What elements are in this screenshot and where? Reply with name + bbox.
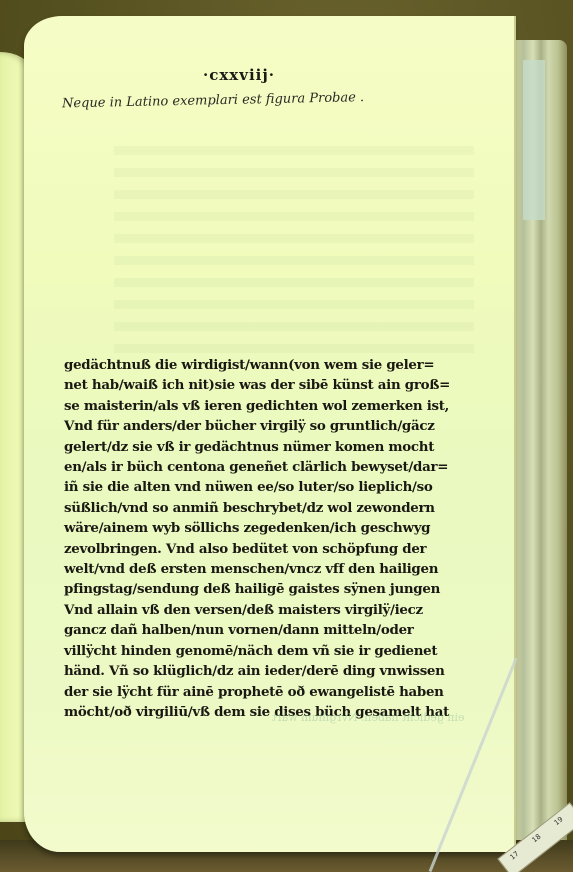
ruler-mark: 18 [531, 833, 543, 845]
ruler-mark: 17 [508, 850, 520, 862]
folio-number: ·cxxviij· [203, 66, 275, 84]
text-line: händ. Vñ so klüglich/dz ain ieder/derē d… [64, 661, 484, 681]
show-through-text-area [114, 146, 474, 356]
text-line: pfingstag/sendung deß hailigē gaistes sÿ… [64, 579, 484, 599]
text-line: net hab/waiß ich nit)sie was der sibē kü… [64, 375, 484, 395]
text-line: se maisterin/als vß ieren gedichten wol … [64, 396, 484, 416]
text-line: villÿcht hinden genomē/näch dem vñ sie i… [64, 641, 484, 661]
text-line: iñ sie die alten vnd nüwen ee/so luter/s… [64, 477, 484, 497]
text-line: wäre/ainem wyb söllichs zegedenken/ich g… [64, 518, 484, 538]
text-line: gancz dañ halben/nun vornen/dann mitteln… [64, 620, 484, 640]
show-through-line: ein gedicht haben. Nvrgilium wärt [272, 711, 465, 724]
text-line: Vnd für anders/der bücher virgilÿ so gru… [64, 416, 484, 436]
text-line: welt/vnd deß ersten menschen/vncz vff de… [64, 559, 484, 579]
text-line: gedächtnuß die wirdigist/wann(von wem si… [64, 355, 484, 375]
text-line: zevolbringen. Vnd also bedütet von schöp… [64, 539, 484, 559]
text-line: süßlich/vnd so anmiñ beschrybet/dz wol z… [64, 498, 484, 518]
text-line: en/als ir büch centona geneñet clärlich … [64, 457, 484, 477]
text-line: gelert/dz sie vß ir gedächtnus nümer kom… [64, 437, 484, 457]
text-line: der sie lÿcht für ainē prophetē oð ewang… [64, 682, 484, 702]
printed-text-block: gedächtnuß die wirdigist/wann(von wem si… [64, 355, 484, 722]
text-line: Vnd allain vß den versen/deß maisters vi… [64, 600, 484, 620]
page-stack-highlight [523, 60, 545, 220]
ruler-mark: 19 [553, 815, 565, 827]
page-stack-edges [505, 40, 567, 840]
